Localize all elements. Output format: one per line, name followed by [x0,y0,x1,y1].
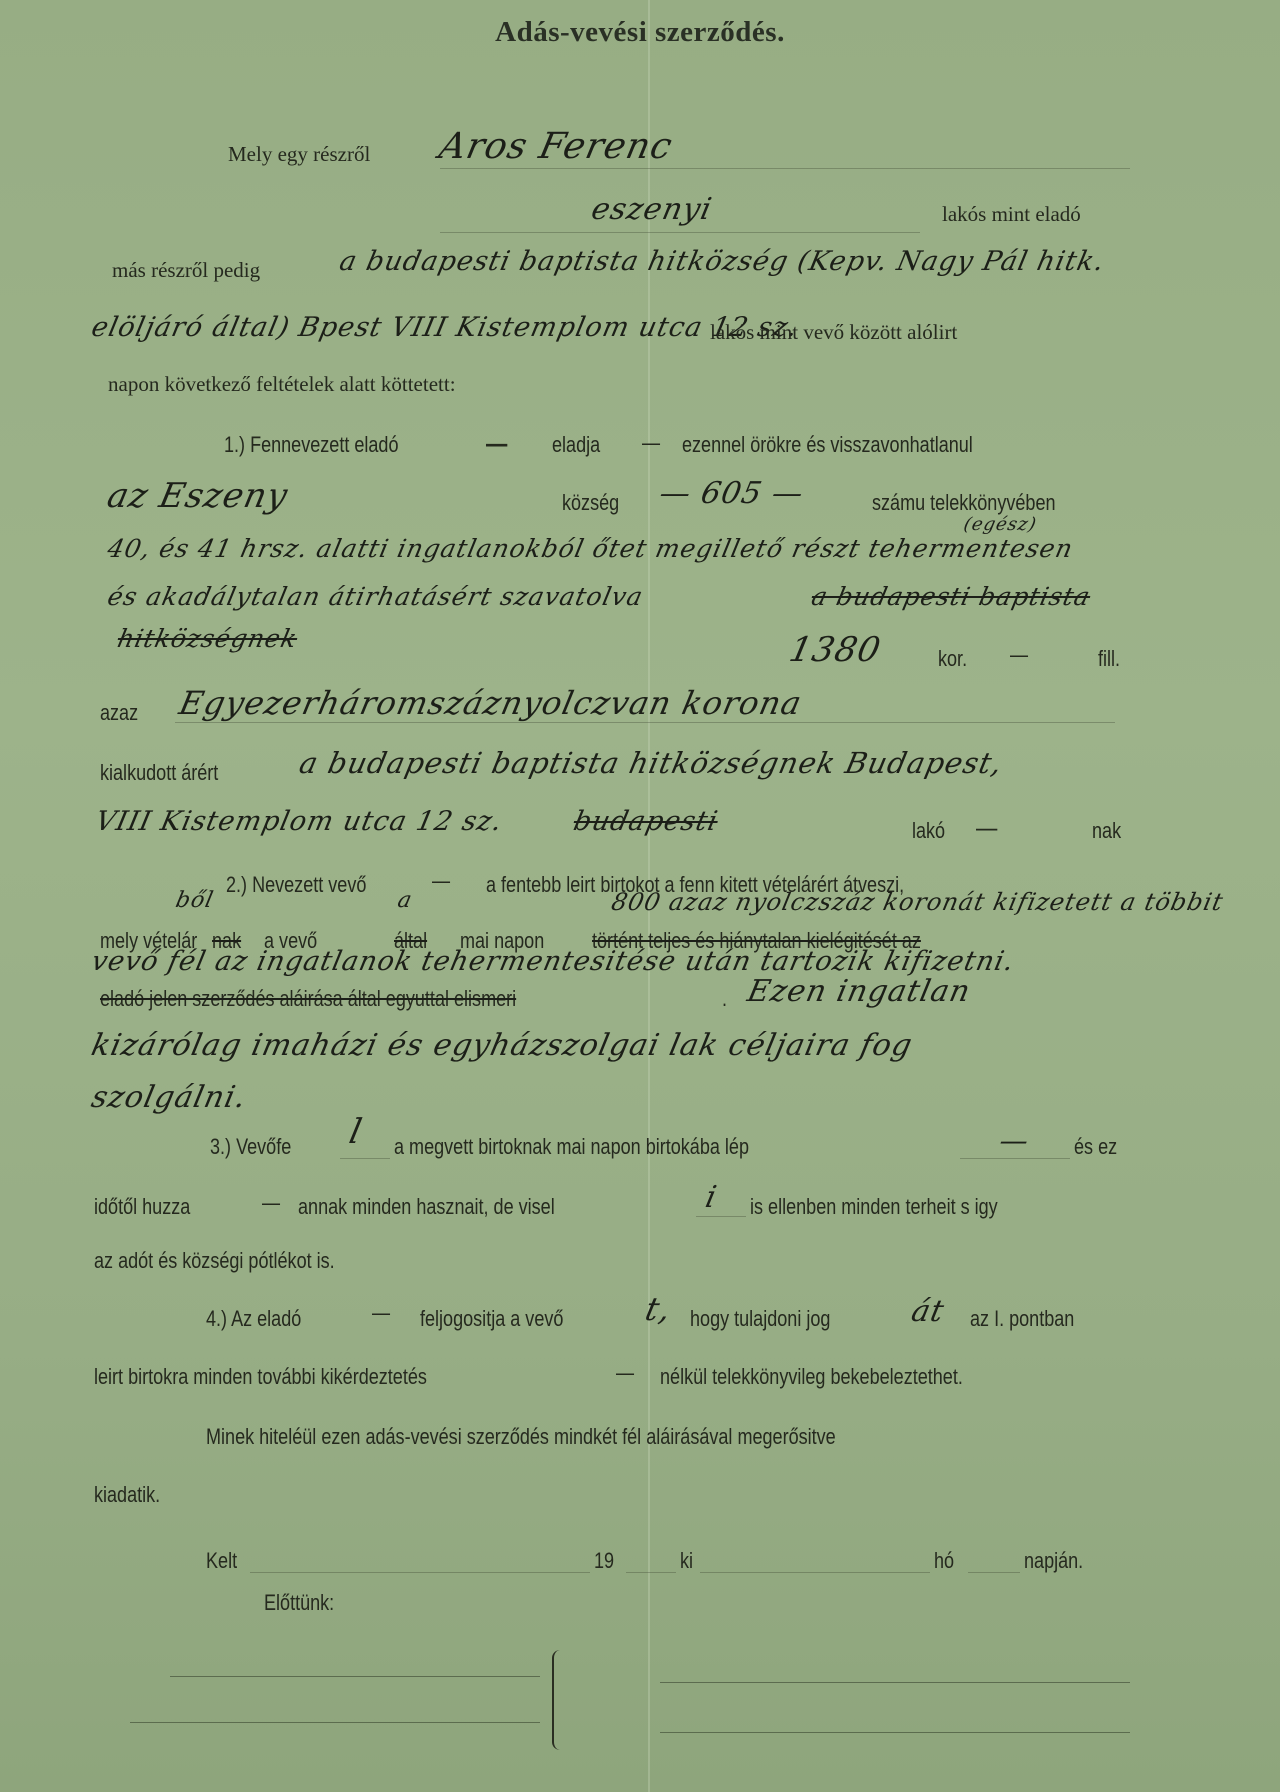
property-description: 40, és 41 hrsz. alatti ingatlanokból őte… [105,534,1076,563]
print-text: más részről pedig [112,258,260,283]
day-field[interactable] [968,1572,1020,1573]
struck-text: hitközségnek [115,624,300,653]
insertion: 800 azaz nyolczszáz koronát kifizetett a… [609,888,1226,916]
print-text: az I. pontban [970,1306,1074,1332]
print-text: annak minden hasznait, de visel [298,1194,555,1220]
insertion: a [395,888,414,913]
fill-in: t, [642,1290,675,1328]
dash: — [262,1190,280,1216]
fill-in: — [996,1124,1032,1157]
fill-line [340,1158,390,1159]
print-text: Minek hiteléül ezen adás-vevési szerződé… [206,1424,836,1450]
price-amount: 1380 [786,630,885,670]
usage-clause: kizárólag imaházi és egyházszolgai lak c… [88,1028,916,1063]
price-in-words: Egyezerháromszáznyolczvan korona [176,684,806,722]
print-text: számu telekkönyvében [872,490,1056,516]
print-text: hogy tulajdoni jog [690,1306,830,1332]
seller-place: eszenyi [588,192,715,227]
print-text: . [722,986,727,1012]
print-text: kialkudott árért [100,760,218,786]
print-text: és ez [1074,1134,1117,1160]
fill-line [440,168,1130,169]
buyer-address: elöljáró által) Bpest VIII Kistemplom ut… [89,312,801,343]
print-text: kiadatik. [94,1482,160,1508]
party-signature-line-1[interactable] [660,1682,1130,1683]
month-field[interactable] [700,1572,930,1573]
witness-signature-line-1[interactable] [170,1676,540,1677]
land-register-number: — 605 — [656,476,807,511]
print-text: ezennel örökre és visszavonhatlanul [682,432,973,458]
print-text: kor. [938,646,967,672]
print-text: is ellenben minden terheit s igy [750,1194,998,1220]
party-signature-line-2[interactable] [660,1732,1130,1733]
witness-signature-line-2[interactable] [130,1722,540,1723]
print-text: az adót és községi pótlékot is. [94,1248,335,1274]
print-text: időtől huzza [94,1194,190,1220]
seller-name: Aros Ferenc [436,126,677,167]
buyer-address: VIII Kistemplom utca 12 sz. [93,806,506,837]
date-label: hó [934,1548,954,1574]
brace [552,1650,568,1750]
fill-line [440,232,920,233]
usage-clause: szolgálni. [88,1080,249,1115]
print-text: 3.) Vevőfe [210,1134,291,1160]
warranty-text: és akadálytalan átirhatásért szavatolva [105,582,646,611]
usage-clause: Ezen ingatlan [744,974,974,1009]
print-text: 4.) Az eladó [206,1306,301,1332]
dash: — [642,430,660,456]
payment-terms: vevő fél az ingatlanok tehermentesitése … [89,946,1018,977]
date-label: ki [680,1548,693,1574]
year-prefix: 19 [594,1548,614,1574]
fill-in: l [346,1112,366,1152]
print-text: nélkül telekkönyvileg bekebeleztethet. [660,1364,963,1390]
fill-in: át [908,1294,947,1329]
print-text: a megvett birtoknak mai napon birtokába … [394,1134,749,1160]
village-name: az Eszeny [104,476,292,516]
struck-text: a budapesti baptista [809,582,1093,611]
date-label: Kelt [206,1548,237,1574]
dash: — [616,1360,634,1386]
print-text: leirt birtokra minden további kikérdezte… [94,1364,427,1390]
struck-text: eladó jelen szerződés aláirása által egy… [100,986,516,1012]
date-label: napján. [1024,1548,1083,1574]
print-text: 2.) Nevezett vevő [226,872,366,898]
print-text: lakó [912,818,945,844]
print-text: 1.) Fennevezett eladó [224,432,399,458]
dash: — [976,812,997,843]
place-field[interactable] [250,1572,590,1573]
insertion: ből [173,888,216,913]
fill-line [696,1216,746,1217]
print-text: lakós mint vevő között alólirt [710,320,957,345]
print-text: fill. [1098,646,1120,672]
dash: — [486,428,507,459]
buyer-name: a budapesti baptista hitközségnek Budape… [296,746,1005,780]
print-text: község [562,490,619,516]
dash: — [432,868,450,894]
print-text: Mely egy részről [228,142,370,167]
fill-in: i [702,1180,720,1215]
dash: — [1010,642,1028,668]
print-text: azaz [100,700,138,726]
print-text: lakós mint eladó [942,202,1081,227]
print-text: feljogositja a vevő [420,1306,563,1332]
fill-line [175,722,1115,723]
witnesses-label: Előttünk: [264,1590,334,1616]
print-text: nak [1092,818,1121,844]
annotation: (egész) [962,514,1039,535]
fill-line [960,1158,1070,1159]
print-text: napon következő feltételek alatt köttete… [108,372,456,397]
year-field[interactable] [626,1572,676,1573]
dash: — [372,1300,390,1326]
print-text: eladja [552,432,600,458]
buyer-name: a budapesti baptista hitközség (Kepv. Na… [337,246,1108,277]
document-title: Adás-vevési szerződés. [0,16,1280,49]
struck-text: budapesti [571,806,721,837]
